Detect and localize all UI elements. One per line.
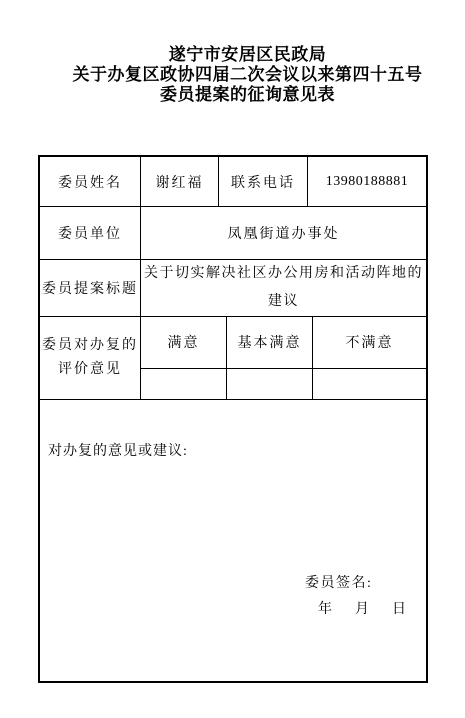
- title-line-3: 委员提案的征询意见表: [30, 85, 465, 105]
- proposal-title-value: 关于切实解决社区办公用房和活动阵地的建议: [140, 260, 426, 316]
- form-title: 遂宁市安居区民政局 关于办复区政协四届二次会议以来第四十五号 委员提案的征询意见…: [30, 45, 465, 105]
- date-month-label: 月: [355, 598, 369, 618]
- title-line-2: 关于办复区政协四届二次会议以来第四十五号: [30, 65, 465, 85]
- comments-label: 对办复的意见或建议:: [48, 440, 188, 460]
- document-page: 遂宁市安居区民政局 关于办复区政协四届二次会议以来第四十五号 委员提案的征询意见…: [0, 0, 465, 718]
- evaluation-label: 委员对办复的 评价意见: [40, 317, 140, 399]
- proposal-title-row: 委员提案标题 关于切实解决社区办公用房和活动阵地的建议: [40, 259, 426, 316]
- signature-label: 委员签名:: [305, 572, 372, 592]
- member-name-label: 委员姓名: [40, 157, 140, 206]
- member-unit-value: 凤凰街道办事处: [140, 207, 426, 259]
- title-line-1: 遂宁市安居区民政局: [30, 45, 465, 65]
- date-line: 年 月 日: [318, 598, 406, 618]
- evaluation-label-line-2: 评价意见: [58, 358, 122, 382]
- member-unit-label: 委员单位: [40, 207, 140, 259]
- option-basically-satisfied-fill-cell: [226, 369, 312, 400]
- date-day-label: 日: [392, 598, 406, 618]
- evaluation-row: 委员对办复的 评价意见 满意 基本满意 不满意: [40, 316, 426, 399]
- evaluation-options-header: 满意 基本满意 不满意: [141, 317, 426, 368]
- member-unit-row: 委员单位 凤凰街道办事处: [40, 206, 426, 259]
- feedback-form-table: 委员姓名 谢红福 联系电话 13980188881 委员单位 凤凰街道办事处 委…: [38, 155, 428, 683]
- evaluation-label-line-1: 委员对办复的: [42, 334, 138, 358]
- phone-value: 13980188881: [307, 157, 426, 206]
- option-satisfied-label: 满意: [141, 317, 226, 368]
- phone-label: 联系电话: [218, 157, 307, 206]
- member-name-row: 委员姓名 谢红福 联系电话 13980188881: [40, 157, 426, 206]
- option-not-satisfied-label: 不满意: [312, 317, 426, 368]
- option-basically-satisfied-label: 基本满意: [226, 317, 312, 368]
- proposal-title-label: 委员提案标题: [40, 260, 140, 316]
- date-year-label: 年: [318, 598, 332, 618]
- evaluation-options-area: 满意 基本满意 不满意: [140, 317, 426, 399]
- evaluation-checkbox-row: [141, 368, 426, 400]
- option-not-satisfied-fill-cell: [312, 369, 426, 400]
- member-name-value: 谢红福: [140, 157, 218, 206]
- option-satisfied-fill-cell: [141, 369, 226, 400]
- comments-cell: 对办复的意见或建议: 委员签名: 年 月 日: [40, 399, 426, 681]
